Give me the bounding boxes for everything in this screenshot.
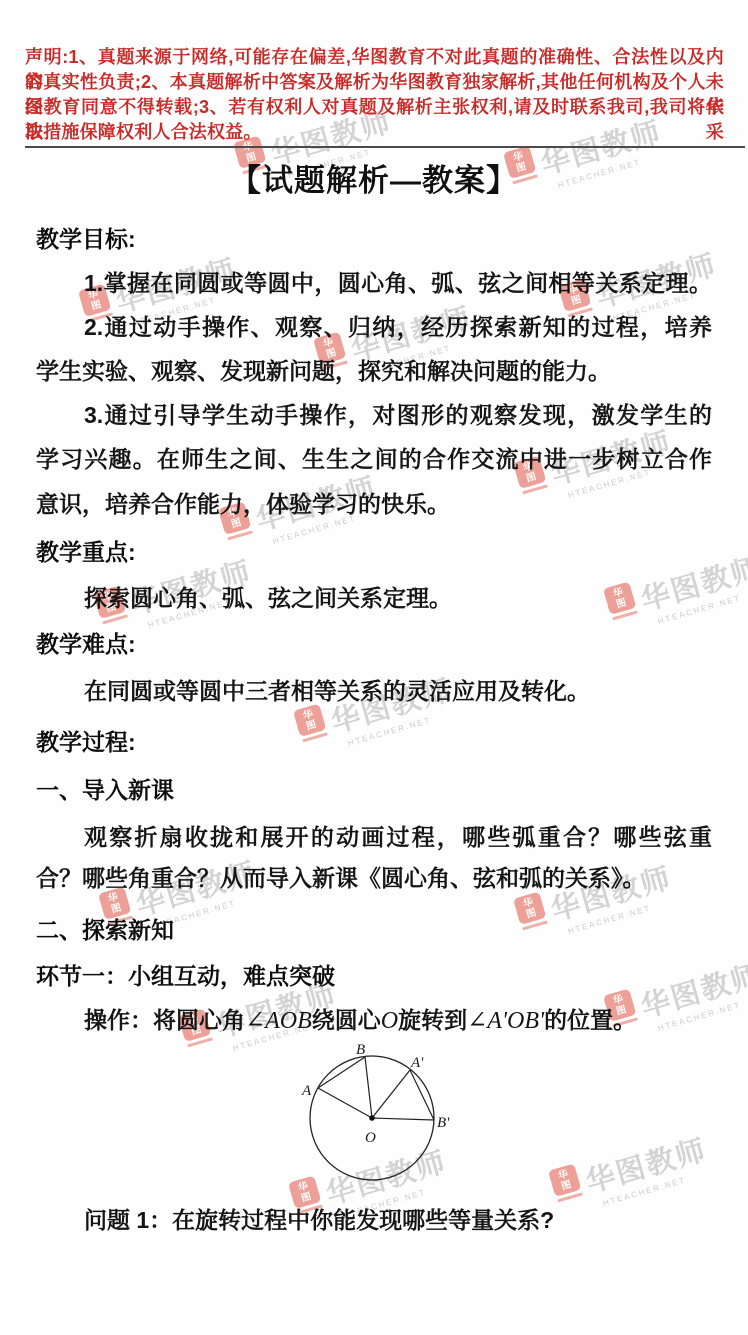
- radius-ob: [365, 1057, 372, 1118]
- document-content: 声明:1、真题来源于网络,可能存在偏差,华图教育不对此真题的准确性、合法性以及内…: [0, 0, 748, 1335]
- label-point-b-prime: B': [437, 1115, 450, 1131]
- disclaimer-label: 声明:: [25, 47, 69, 67]
- lead-in-line-b: 合？哪些角重合？从而导入新课《圆心角、弦和弧的关系》。: [36, 863, 712, 893]
- radius-oa: [318, 1088, 372, 1118]
- page-title: 【试题解析—教案】: [0, 155, 748, 200]
- question-1-line: 问题 1：在旋转过程中你能发现哪些等量关系?: [36, 1205, 712, 1235]
- circle-figure-svg: A B A' B' O: [272, 1040, 468, 1190]
- lead-in-line-a: 观察折扇收拢和展开的动画过程，哪些弧重合？哪些弦重: [36, 822, 712, 852]
- goal-2-line-a: 2.通过动手操作、观察、归纳，经历探索新知的过程，培养: [36, 312, 712, 342]
- operation-text-1: 操作：将圆心角: [84, 1007, 245, 1033]
- heading-section-1-lead-in: 一、导入新课: [36, 775, 712, 805]
- operation-text-3: 旋转到: [398, 1007, 467, 1033]
- operation-text-2: 绕圆心: [312, 1007, 381, 1033]
- goal-2-line-b: 学生实验、观察、发现新问题，探究和解决问题的能力。: [36, 356, 712, 386]
- heading-section-2-explore: 二、探索新知: [36, 915, 712, 945]
- center-point: [369, 1115, 375, 1121]
- chord-a-prime-b-prime: [410, 1070, 434, 1120]
- goal-3-line-c: 意识，培养合作能力，体验学习的快乐。: [36, 489, 712, 519]
- center-o-symbol: O: [381, 1008, 398, 1034]
- key-points-text: 探索圆心角、弧、弦之间关系定理。: [36, 583, 712, 613]
- heading-teaching-process: 教学过程:: [36, 727, 712, 757]
- angle-a-prime-ob-prime-formula: ∠A'OB': [467, 1008, 544, 1034]
- radius-oa-prime: [372, 1070, 410, 1118]
- operation-line: 操作：将圆心角∠AOB绕圆心O旋转到∠A'OB'的位置。: [36, 1005, 712, 1036]
- chord-ab: [318, 1057, 365, 1088]
- goal-3-line-a: 3.通过引导学生动手操作，对图形的观察发现，激发学生的: [36, 400, 712, 430]
- label-point-a-prime: A': [410, 1055, 424, 1071]
- label-center-o: O: [365, 1130, 376, 1146]
- label-point-a: A: [301, 1083, 312, 1099]
- difficulties-text: 在同圆或等圆中三者相等关系的灵活应用及转化。: [36, 676, 712, 706]
- goal-3-line-b: 学习兴趣。在师生之间、生生之间的合作交流中进一步树立合作: [36, 444, 712, 474]
- horizontal-divider: [25, 146, 745, 148]
- heading-teaching-difficulties: 教学难点:: [36, 629, 712, 659]
- goal-1-line: 1.掌握在同圆或等圆中，圆心角、弧、弦之间相等关系定理。: [36, 268, 712, 298]
- radius-ob-prime: [372, 1118, 434, 1120]
- operation-text-4: 的位置。: [544, 1007, 636, 1033]
- label-point-b: B: [356, 1042, 365, 1058]
- angle-aob-formula: ∠AOB: [245, 1008, 312, 1034]
- disclaimer-line-4: 取措施保障权利人合法权益。: [25, 120, 724, 145]
- heading-teaching-key-points: 教学重点:: [36, 537, 712, 567]
- heading-teaching-goals: 教学目标:: [36, 224, 712, 254]
- document-page: 华图华图教师HTEACHER.NET华图华图教师HTEACHER.NET华图华图…: [0, 0, 748, 1335]
- circle-rotation-figure: A B A' B' O: [272, 1040, 468, 1190]
- heading-step-1: 环节一：小组互动，难点突破: [36, 961, 712, 991]
